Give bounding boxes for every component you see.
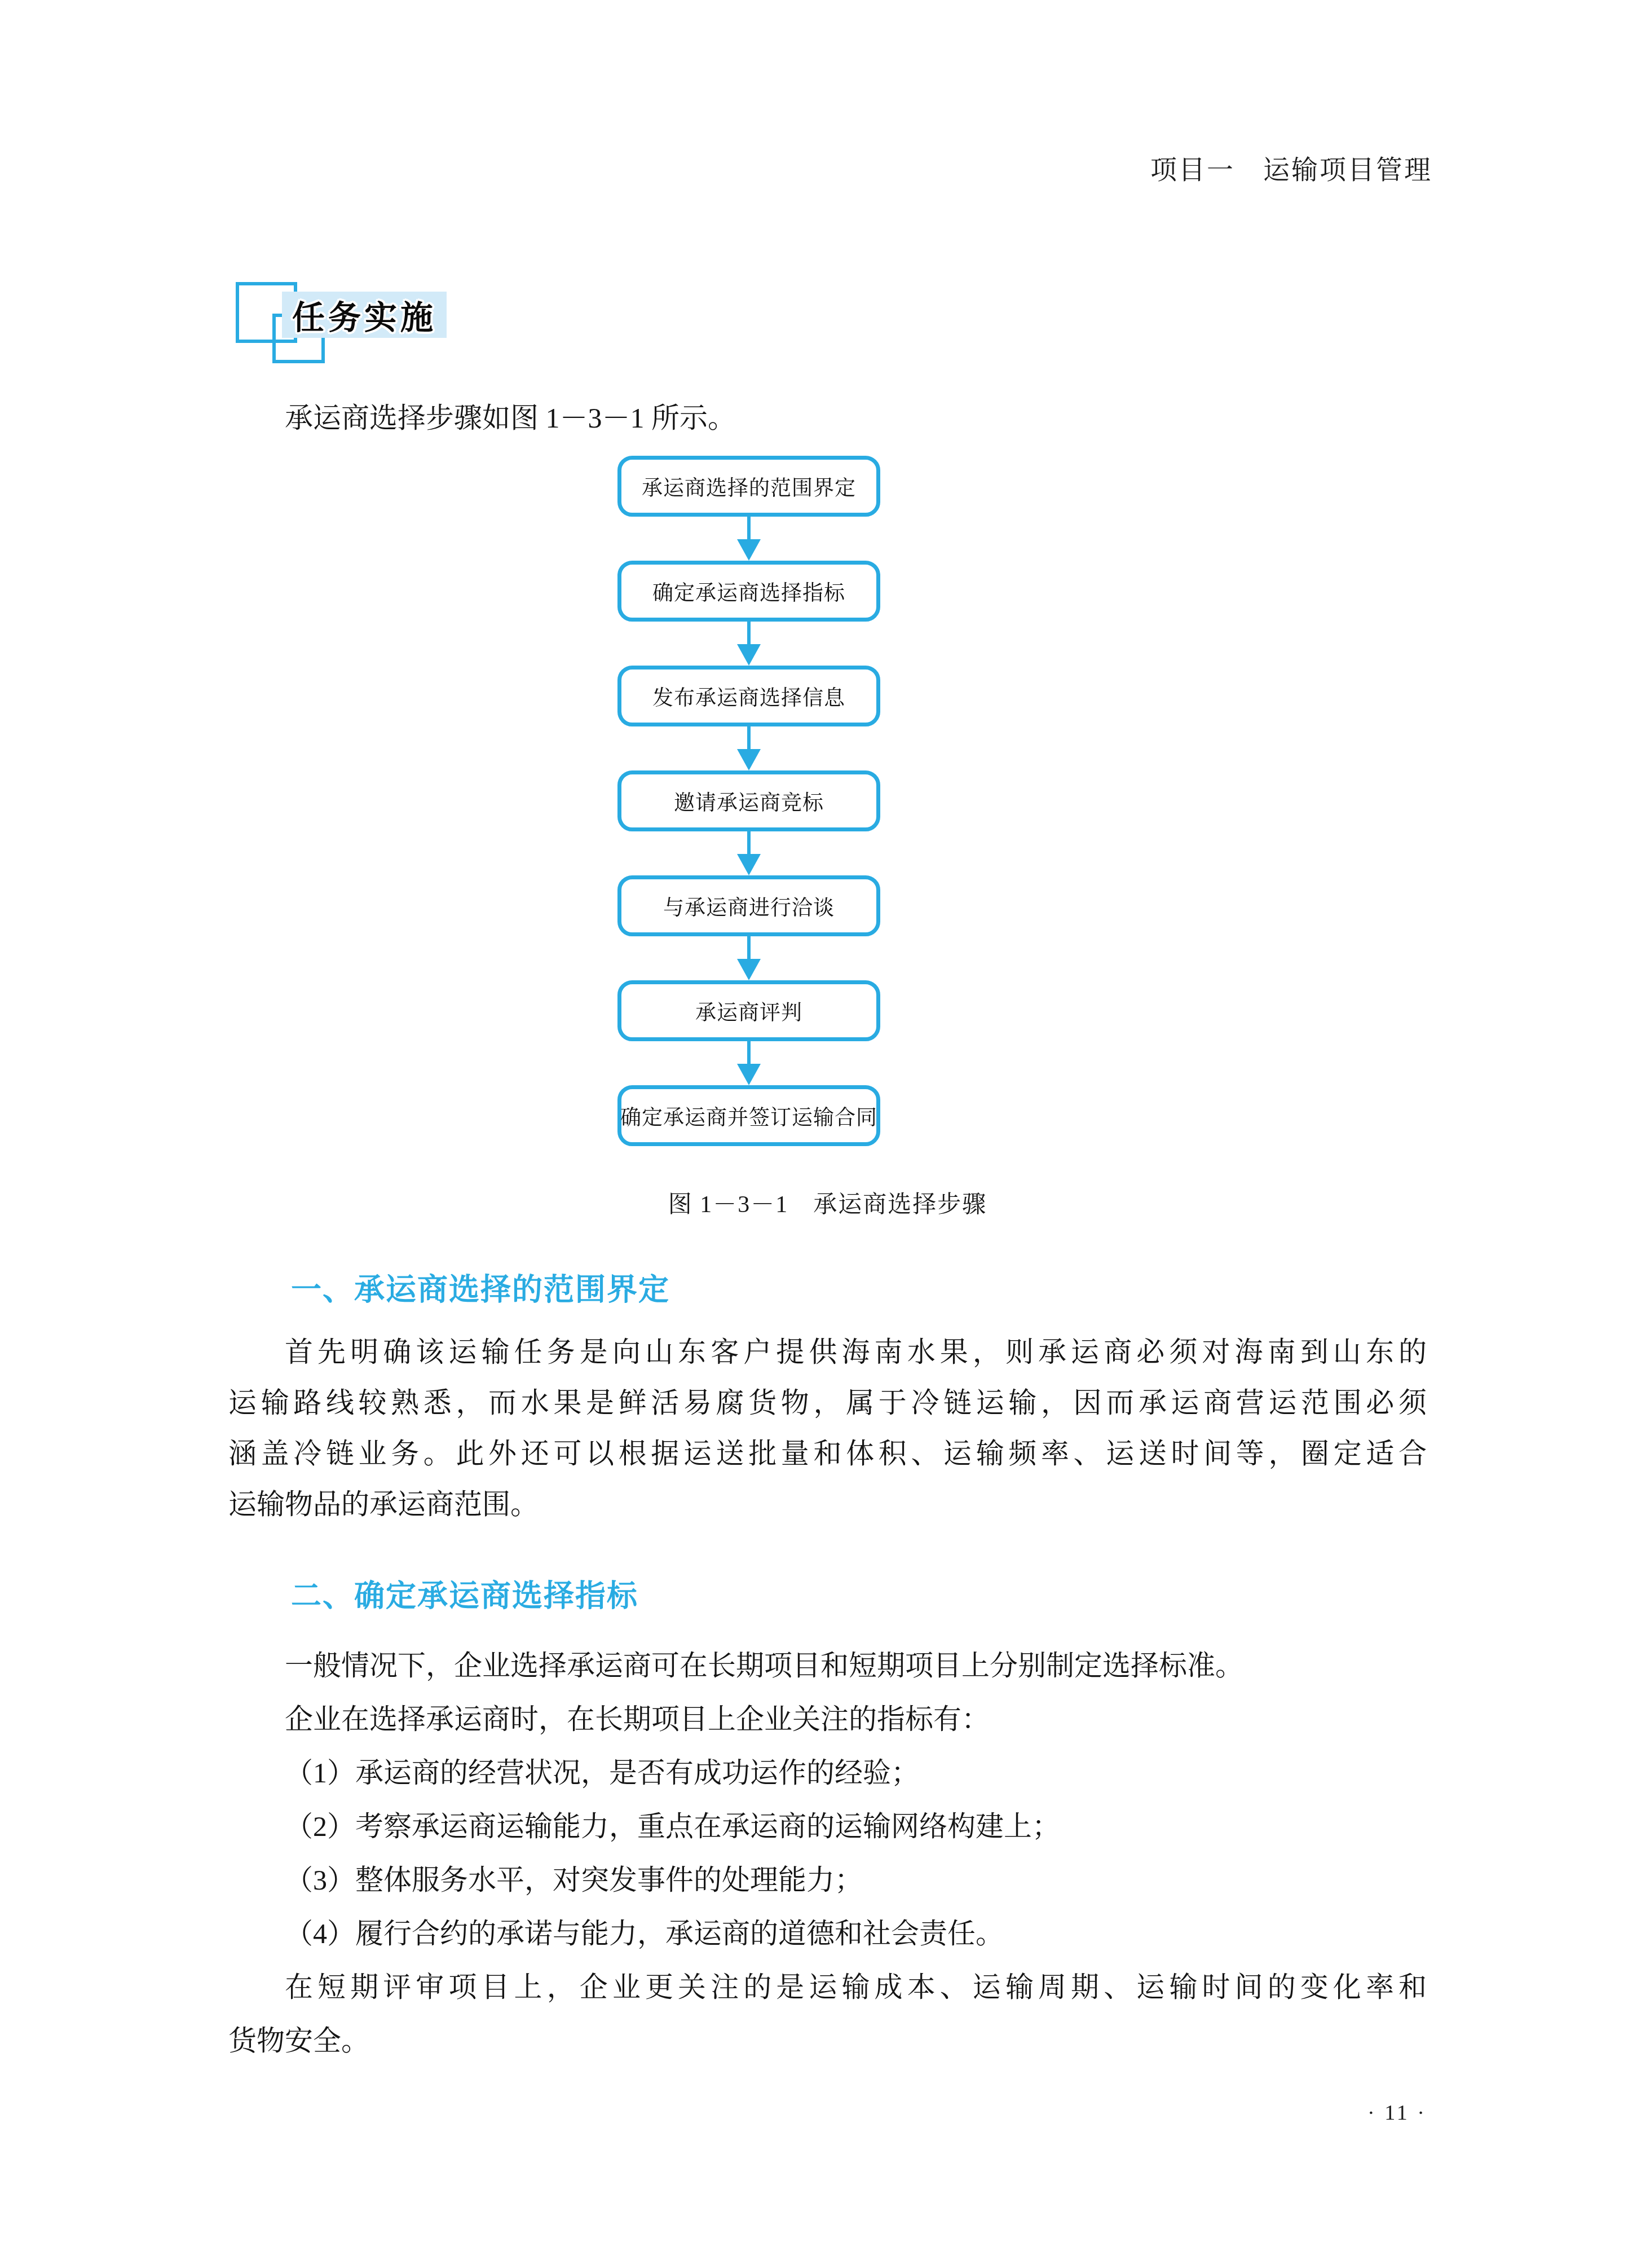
section-1-paragraph: 首先明确该运输任务是向山东客户提供海南水果，则承运商必须对海南到山东的 运输路线… xyxy=(228,1327,1427,1530)
flow-step-box: 与承运商进行洽谈 xyxy=(617,875,880,936)
arrow-down-icon xyxy=(617,726,880,770)
flow-step-label: 确定承运商并签订运输合同 xyxy=(620,1100,877,1131)
section-heading-2: 二、确定承运商选择指标 xyxy=(291,1572,638,1615)
text-line: 一般情况下，企业选择承运商可在长期项目和短期项目上分别制定选择标准。 xyxy=(228,1639,1427,1693)
flow-step-box: 确定承运商选择指标 xyxy=(617,561,880,622)
text-line: 货物安全。 xyxy=(228,2014,1427,2068)
section-badge: 任务实施 xyxy=(282,292,447,338)
running-head: 项目一 运输项目管理 xyxy=(1150,149,1432,187)
text-line: 首先明确该运输任务是向山东客户提供海南水果，则承运商必须对海南到山东的 xyxy=(228,1327,1427,1377)
section-2-paragraph: 一般情况下，企业选择承运商可在长期项目和短期项目上分别制定选择标准。 企业在选择… xyxy=(228,1639,1427,2068)
text-line: （4）履行合约的承诺与能力，承运商的道德和社会责任。 xyxy=(228,1907,1427,1961)
flow-step-label: 邀请承运商竞标 xyxy=(674,786,824,816)
section-badge-label: 任务实施 xyxy=(292,291,436,338)
flow-step-label: 承运商选择的范围界定 xyxy=(642,471,856,501)
text-line: 运输路线较熟悉，而水果是鲜活易腐货物，属于冷链运输，因而承运商营运范围必须 xyxy=(228,1377,1427,1428)
text-line: 涵盖冷链业务。此外还可以根据运送批量和体积、运输频率、运送时间等，圈定适合 xyxy=(228,1428,1427,1479)
intro-paragraph: 承运商选择步骤如图 1－3－1 所示。 xyxy=(228,398,1427,438)
page-number: · 11 · xyxy=(1367,2100,1427,2125)
text-line: （3）整体服务水平，对突发事件的处理能力； xyxy=(228,1853,1427,1907)
text-line: 企业在选择承运商时，在长期项目上企业关注的指标有： xyxy=(228,1693,1427,1746)
flow-step-box: 发布承运商选择信息 xyxy=(617,666,880,726)
arrow-down-icon xyxy=(617,622,880,666)
text-line: （1）承运商的经营状况，是否有成功运作的经验； xyxy=(228,1746,1427,1800)
text-line: （2）考察承运商运输能力，重点在承运商的运输网络构建上； xyxy=(228,1800,1427,1853)
figure-caption: 图 1－3－1 承运商选择步骤 xyxy=(228,1186,1427,1219)
textbook-page: 项目一 运输项目管理 任务实施 承运商选择步骤如图 1－3－1 所示。 承运商选… xyxy=(0,0,1628,2268)
flow-step-box: 承运商评判 xyxy=(617,980,880,1041)
section-heading-1: 一、承运商选择的范围界定 xyxy=(291,1266,670,1309)
arrow-down-icon xyxy=(617,1041,880,1085)
flow-step-label: 发布承运商选择信息 xyxy=(652,681,845,711)
flow-step-box: 承运商选择的范围界定 xyxy=(617,456,880,517)
flow-step-label: 与承运商进行洽谈 xyxy=(663,891,835,921)
flow-step-box: 邀请承运商竞标 xyxy=(617,770,880,831)
arrow-down-icon xyxy=(617,936,880,980)
text-line: 在短期评审项目上，企业更关注的是运输成本、运输周期、运输时间的变化率和 xyxy=(228,1961,1427,2014)
arrow-down-icon xyxy=(617,831,880,875)
flow-step-label: 承运商评判 xyxy=(695,996,802,1026)
arrow-down-icon xyxy=(617,517,880,561)
flow-step-label: 确定承运商选择指标 xyxy=(652,576,845,606)
carrier-selection-flowchart: 承运商选择的范围界定 确定承运商选择指标 发布承运商选择信息 邀请承运商竞标 与… xyxy=(617,456,880,1146)
flow-step-box: 确定承运商并签订运输合同 xyxy=(617,1085,880,1146)
text-line: 运输物品的承运商范围。 xyxy=(228,1479,1427,1530)
